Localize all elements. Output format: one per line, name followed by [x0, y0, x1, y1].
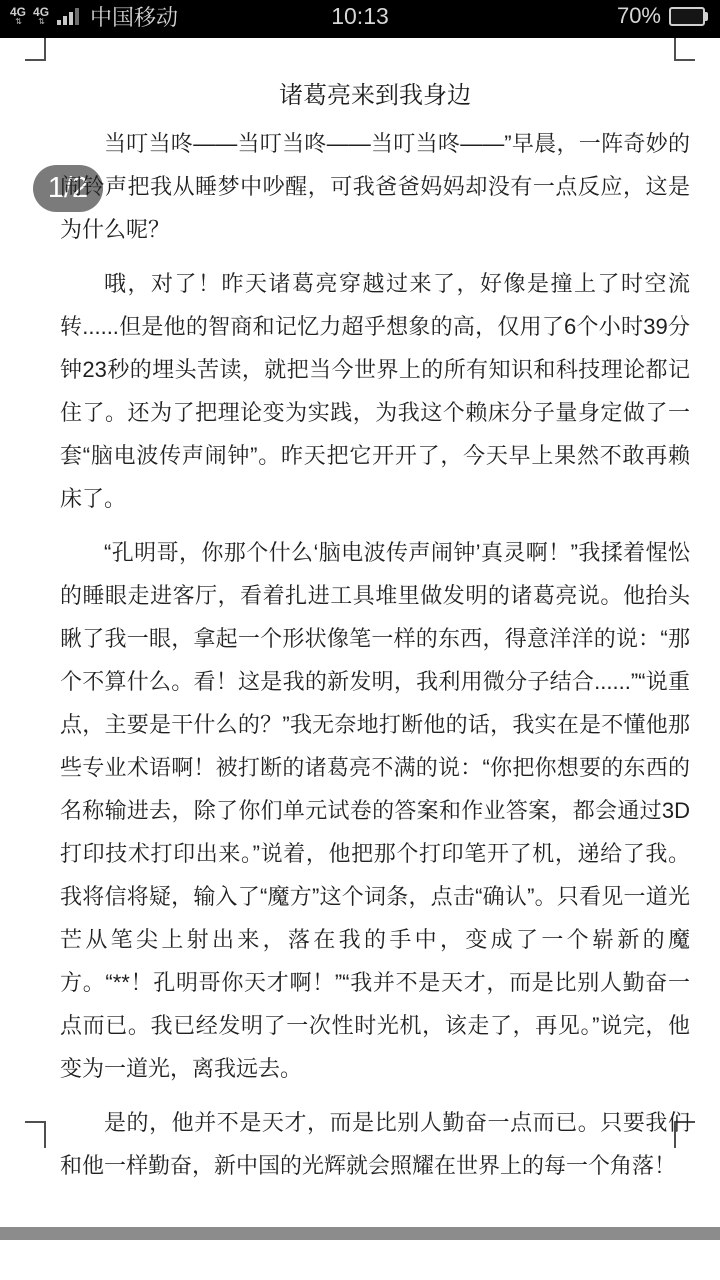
- sim2-activity-arrows-icon: ⇅: [38, 18, 44, 26]
- carrier-name: 中国移动: [90, 1, 178, 32]
- battery-nub: [705, 12, 708, 21]
- document-content: 诸葛亮来到我身边 当叮当咚——当叮当咚——当叮当咚——”早晨，一阵奇妙的闹铃声把…: [60, 74, 690, 1187]
- document-page-2-preview: [0, 1240, 720, 1280]
- network-indicator: 4G ⇅ 4G ⇅ 中国移动: [10, 1, 178, 32]
- battery-icon: [669, 7, 708, 26]
- sim2-4g-icon: 4G ⇅: [33, 6, 49, 26]
- crop-mark-top-left-icon: [25, 38, 46, 61]
- signal-bars-icon: [57, 8, 79, 25]
- crop-mark-bottom-left-icon: [25, 1121, 46, 1148]
- paragraph-2: 哦，对了！昨天诸葛亮穿越过来了，好像是撞上了时空流转......但是他的智商和记…: [60, 262, 690, 520]
- document-title: 诸葛亮来到我身边: [60, 74, 690, 117]
- sim1-activity-arrows-icon: ⇅: [15, 18, 21, 26]
- paragraph-4: 是的，他并不是天才，而是比别人勤奋一点而已。只要我们和他一样勤奋，新中国的光辉就…: [60, 1101, 690, 1187]
- document-page-1: 1/2 诸葛亮来到我身边 当叮当咚——当叮当咚——当叮当咚——”早晨，一阵奇妙的…: [0, 38, 720, 1227]
- crop-mark-top-right-icon: [674, 38, 695, 61]
- paragraph-1: 当叮当咚——当叮当咚——当叮当咚——”早晨，一阵奇妙的闹铃声把我从睡梦中吵醒，可…: [60, 122, 690, 251]
- sim1-4g-icon: 4G ⇅: [10, 6, 26, 26]
- page-gap-divider: [0, 1227, 720, 1240]
- paragraph-3: “孔明哥，你那个什么‘脑电波传声闹钟’真灵啊！”我揉着惺忪的睡眼走进客厅，看着扎…: [60, 531, 690, 1090]
- status-bar: 4G ⇅ 4G ⇅ 中国移动 10:13 70%: [0, 0, 720, 38]
- battery-body: [669, 7, 705, 26]
- battery-percent: 70%: [617, 3, 661, 29]
- battery-group: 70%: [617, 3, 708, 29]
- document-viewport[interactable]: 1/2 诸葛亮来到我身边 当叮当咚——当叮当咚——当叮当咚——”早晨，一阵奇妙的…: [0, 38, 720, 1280]
